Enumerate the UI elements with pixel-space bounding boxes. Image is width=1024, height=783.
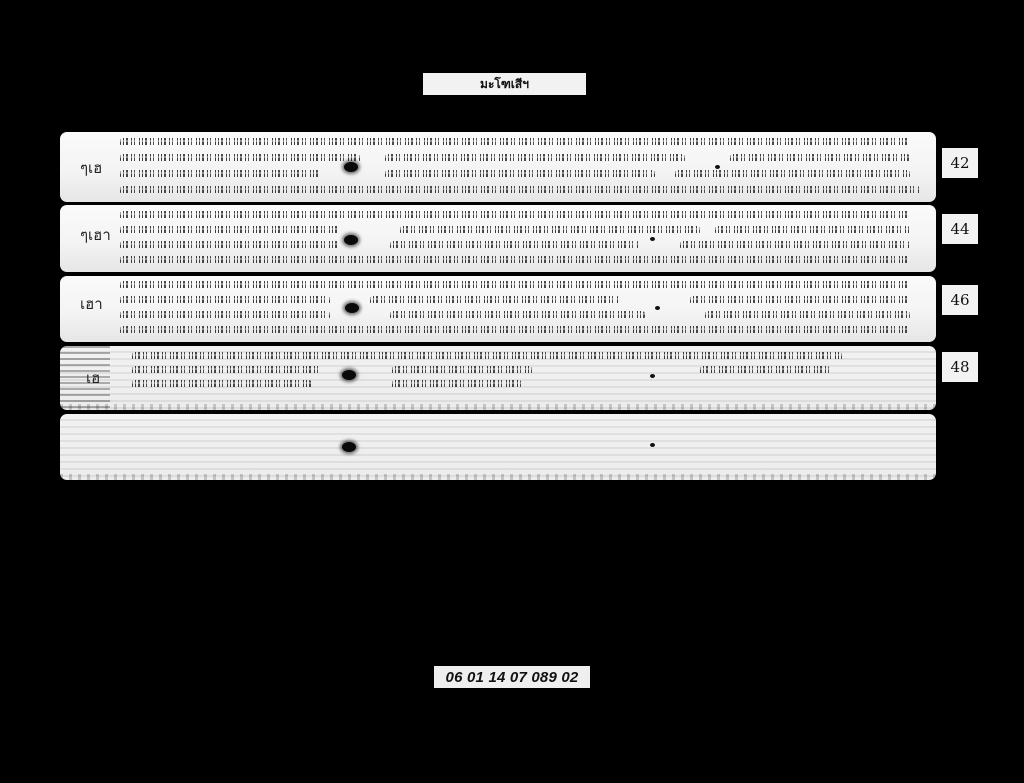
script-line	[120, 326, 910, 335]
leaf-wear	[60, 474, 936, 480]
script-line	[120, 281, 910, 290]
script-line	[120, 186, 920, 195]
script-line	[392, 380, 522, 389]
binding-hole	[344, 162, 358, 172]
catalog-id-label: 06 01 14 07 089 02	[434, 666, 590, 688]
script-line	[120, 226, 340, 235]
script-line	[132, 380, 312, 389]
binding-mark	[715, 165, 720, 169]
script-line	[385, 170, 655, 179]
page-number-label: 48	[942, 352, 978, 382]
manuscript-title-label: มะโฑเสีฯ	[423, 73, 586, 95]
script-line	[675, 170, 910, 179]
script-line	[120, 296, 330, 305]
script-line	[690, 296, 910, 305]
leaf-margin-marker: เฮ	[86, 366, 100, 390]
binding-hole	[344, 235, 358, 245]
script-line	[370, 296, 620, 305]
script-line	[680, 241, 910, 250]
script-line	[132, 366, 322, 375]
script-line	[120, 256, 910, 265]
page-number-label: 46	[942, 285, 978, 315]
leaf-margin-marker: ๆเฮ	[80, 156, 102, 180]
page-number-label: 42	[942, 148, 978, 178]
palm-leaf-3: เฮา	[60, 276, 936, 342]
palm-leaf-1: ๆเฮ	[60, 132, 936, 202]
palm-leaf-2: ๆเฮา	[60, 205, 936, 272]
script-line	[385, 154, 685, 163]
script-line	[705, 311, 910, 320]
script-line	[390, 311, 645, 320]
binding-mark	[650, 443, 655, 447]
binding-hole	[342, 370, 356, 380]
script-line	[120, 170, 320, 179]
leaf-margin-marker: ๆเฮา	[80, 223, 111, 247]
leaf-wear	[60, 404, 936, 410]
script-line	[120, 138, 910, 147]
script-line	[132, 352, 842, 361]
leaf-margin-marker: เฮา	[80, 292, 103, 316]
binding-mark	[650, 374, 655, 378]
palm-leaf-5-blank	[60, 414, 936, 480]
script-line	[392, 366, 532, 375]
script-line	[700, 366, 830, 375]
leaf-wear	[60, 346, 110, 410]
binding-mark	[650, 237, 655, 241]
script-line	[120, 211, 910, 220]
binding-hole	[345, 303, 359, 313]
script-line	[390, 241, 640, 250]
page-number-label: 44	[942, 214, 978, 244]
script-line	[730, 154, 910, 163]
binding-hole	[342, 442, 356, 452]
script-line	[120, 241, 340, 250]
script-line	[715, 226, 910, 235]
script-line	[400, 226, 700, 235]
binding-mark	[655, 306, 660, 310]
script-line	[120, 154, 360, 163]
palm-leaf-4: เฮ	[60, 346, 936, 410]
script-line	[120, 311, 330, 320]
